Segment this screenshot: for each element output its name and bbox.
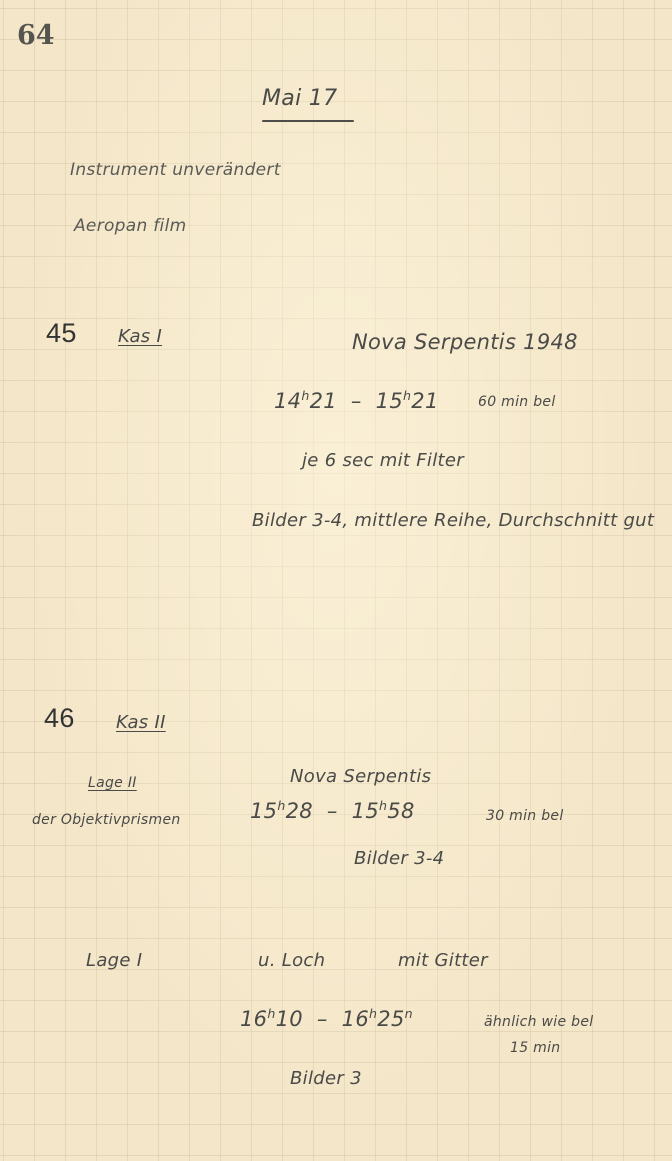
entry-object: Nova Serpentis 1948 xyxy=(352,330,578,354)
entry-time-range: 15h28 – 15h58 xyxy=(250,798,415,823)
entry-result: Bilder 3 xyxy=(290,1068,362,1089)
entry-exposure: 30 min bel xyxy=(486,808,564,824)
entry-note-a: u. Loch xyxy=(258,950,325,971)
entry-position-note: der Objektivprismen xyxy=(32,812,181,828)
entry-exposure-line1: ähnlich wie bel xyxy=(484,1014,593,1030)
header-note-instrument: Instrument unverändert xyxy=(70,160,281,180)
entry-note: je 6 sec mit Filter xyxy=(302,450,464,471)
entry-camera: Kas I xyxy=(118,326,162,347)
entry-result: Bilder 3-4 xyxy=(354,848,444,869)
page-number: 64 xyxy=(17,20,55,51)
entry-camera: Kas II xyxy=(116,712,166,733)
entry-note-b: mit Gitter xyxy=(398,950,488,971)
entry-time-range: 16h10 – 16h25n xyxy=(240,1006,413,1031)
entry-time-range: 14h21 – 15h21 xyxy=(274,388,439,413)
page-date: Mai 17 xyxy=(262,86,337,111)
entry-position: Lage I xyxy=(86,950,142,971)
date-underline xyxy=(262,120,354,122)
entry-position: Lage II xyxy=(88,775,137,791)
entry-object: Nova Serpentis xyxy=(290,766,431,787)
entry-exposure-line2: 15 min xyxy=(510,1040,560,1056)
entry-number: 45 xyxy=(46,318,77,349)
entry-result: Bilder 3-4, mittlere Reihe, Durchschnitt… xyxy=(252,510,654,531)
entry-number: 46 xyxy=(44,703,75,734)
header-note-film: Aeropan film xyxy=(74,216,186,236)
notebook-page: 64 Mai 17 Instrument unverändert Aeropan… xyxy=(0,0,672,1161)
entry-exposure: 60 min bel xyxy=(478,394,556,410)
